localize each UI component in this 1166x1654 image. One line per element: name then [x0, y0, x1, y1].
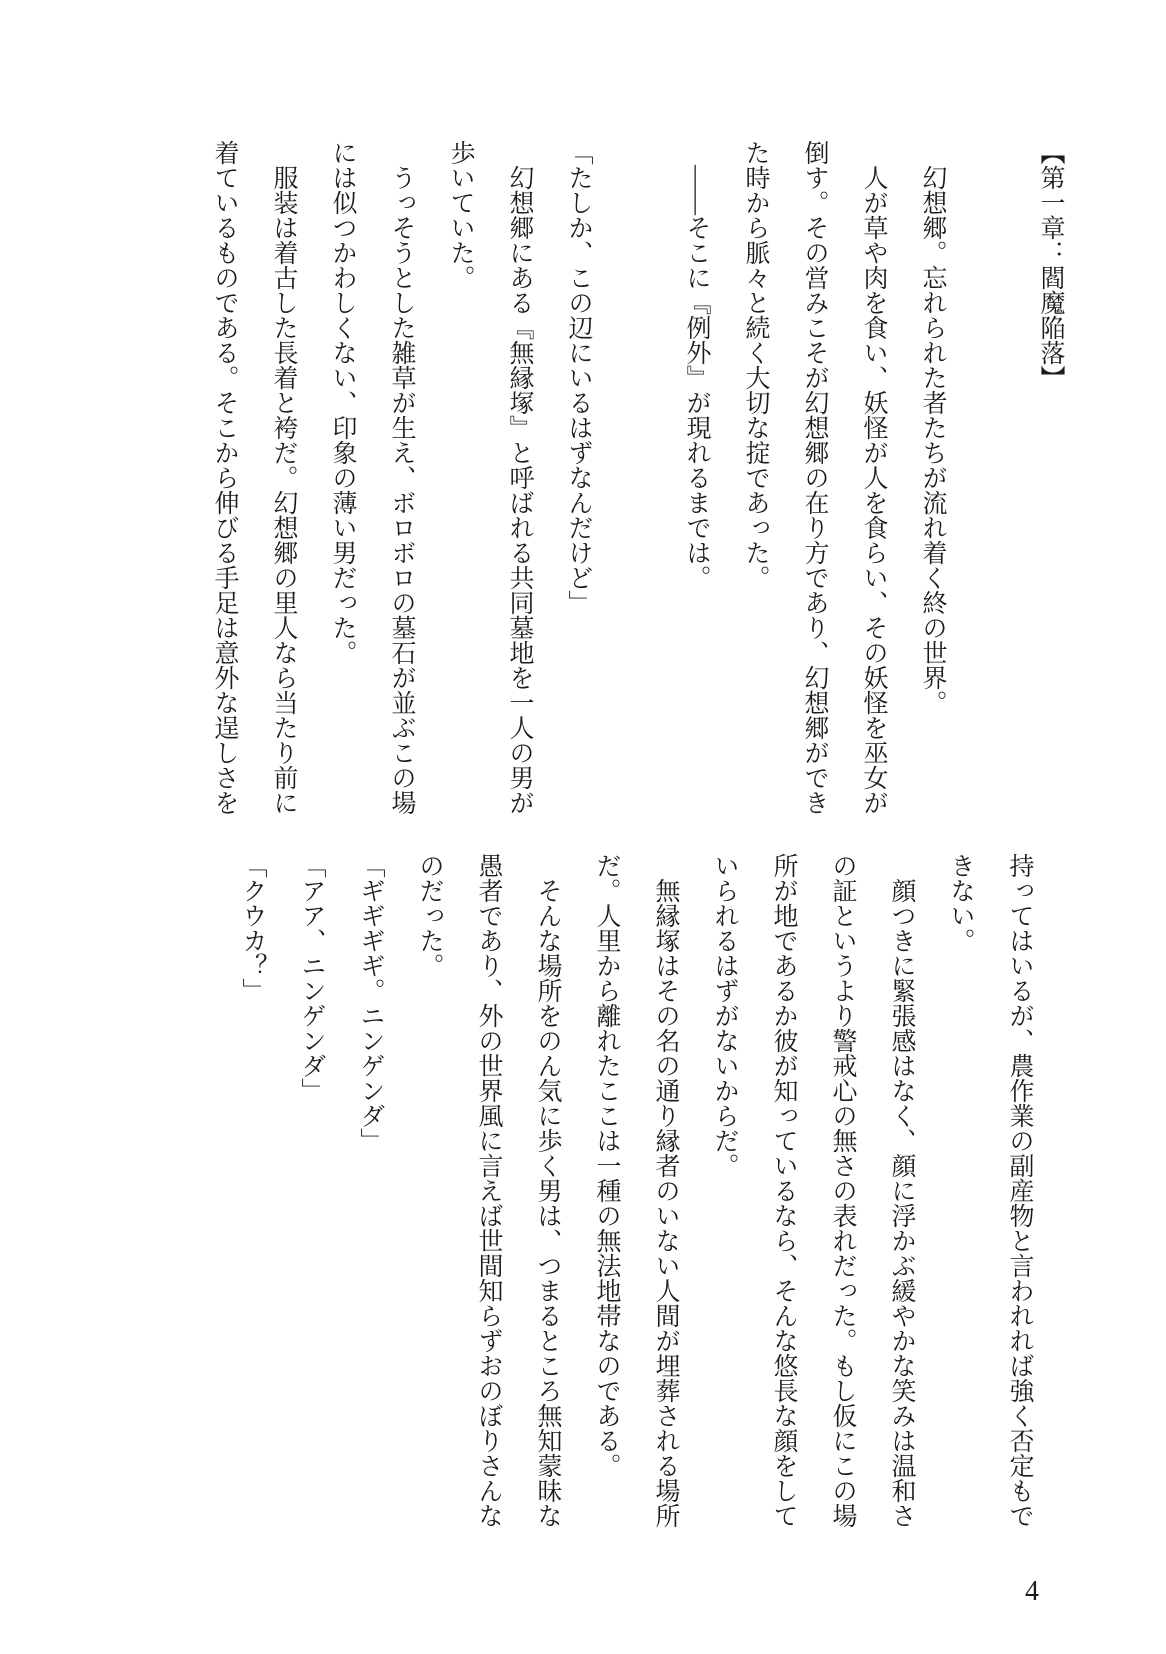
- dialogue-line: 「ギギギギ。ニンゲンダ」: [341, 853, 400, 1553]
- dialogue-line: 「たしか、この辺にいるはずなんだけど」: [549, 140, 608, 840]
- blank-line: [608, 140, 667, 840]
- text-line: 持ってはいるが、農作業の副産物と言われれば強く否定もで: [990, 853, 1049, 1553]
- text-line: 所が地であるか彼が知っているなら、そんな悠長な顔をして: [754, 853, 813, 1553]
- text-line: 愚者であり、外の世界風に言えば世間知らずおのぼりさんな: [459, 853, 518, 1553]
- text-block-bottom: 持ってはいるが、農作業の副産物と言われれば強く否定もできない。顔つきに緊張感はな…: [223, 853, 1049, 1553]
- text-line: きない。: [931, 853, 990, 1553]
- page-number: 4: [1014, 1576, 1050, 1608]
- text-line: 歩いていた。: [431, 140, 490, 840]
- text-line: ――そこに『例外』が現れるまでは。: [667, 140, 726, 840]
- text-line: 幻想郷。忘れられた者たちが流れ着く終の世界。: [903, 140, 962, 840]
- text-line: だ。人里から離れたここは一種の無法地帯なのである。: [577, 853, 636, 1553]
- novel-page: 【第一章：閻魔陥落】 幻想郷。忘れられた者たちが流れ着く終の世界。人が草や肉を食…: [0, 0, 1166, 1654]
- text-line: た時から脈々と続く大切な掟であった。: [726, 140, 785, 840]
- text-line: 服装は着古した長着と袴だ。幻想郷の里人なら当たり前に: [254, 140, 313, 840]
- text-line: いられるはずがないからだ。: [695, 853, 754, 1553]
- chapter-title: 【第一章：閻魔陥落】: [1021, 140, 1080, 840]
- text-line: 顔つきに緊張感はなく、顔に浮かぶ緩やかな笑みは温和さ: [872, 853, 931, 1553]
- blank-line: [962, 140, 1021, 840]
- dialogue-line: 「アア、ニンゲンダ」: [282, 853, 341, 1553]
- text-line: うっそうとした雑草が生え、ボロボロの墓石が並ぶこの場: [372, 140, 431, 840]
- text-line: 倒す。その営みこそが幻想郷の在り方であり、幻想郷ができ: [785, 140, 844, 840]
- text-line: そんな場所をのん気に歩く男は、つまるところ無知蒙昧な: [518, 853, 577, 1553]
- text-line: のだった。: [400, 853, 459, 1553]
- text-line: 人が草や肉を食い、妖怪が人を食らい、その妖怪を巫女が: [844, 140, 903, 840]
- text-line: 無縁塚はその名の通り縁者のいない人間が埋葬される場所: [636, 853, 695, 1553]
- dialogue-line: 「クウカ？」: [223, 853, 282, 1553]
- text-block-top: 【第一章：閻魔陥落】 幻想郷。忘れられた者たちが流れ着く終の世界。人が草や肉を食…: [195, 140, 1080, 840]
- text-line: には似つかわしくない、印象の薄い男だった。: [313, 140, 372, 840]
- text-line: 幻想郷にある『無縁塚』と呼ばれる共同墓地を一人の男が: [490, 140, 549, 840]
- text-line: の証というより警戒心の無さの表れだった。もし仮にこの場: [813, 853, 872, 1553]
- text-line: 着ているものである。そこから伸びる手足は意外な逞しさを: [195, 140, 254, 840]
